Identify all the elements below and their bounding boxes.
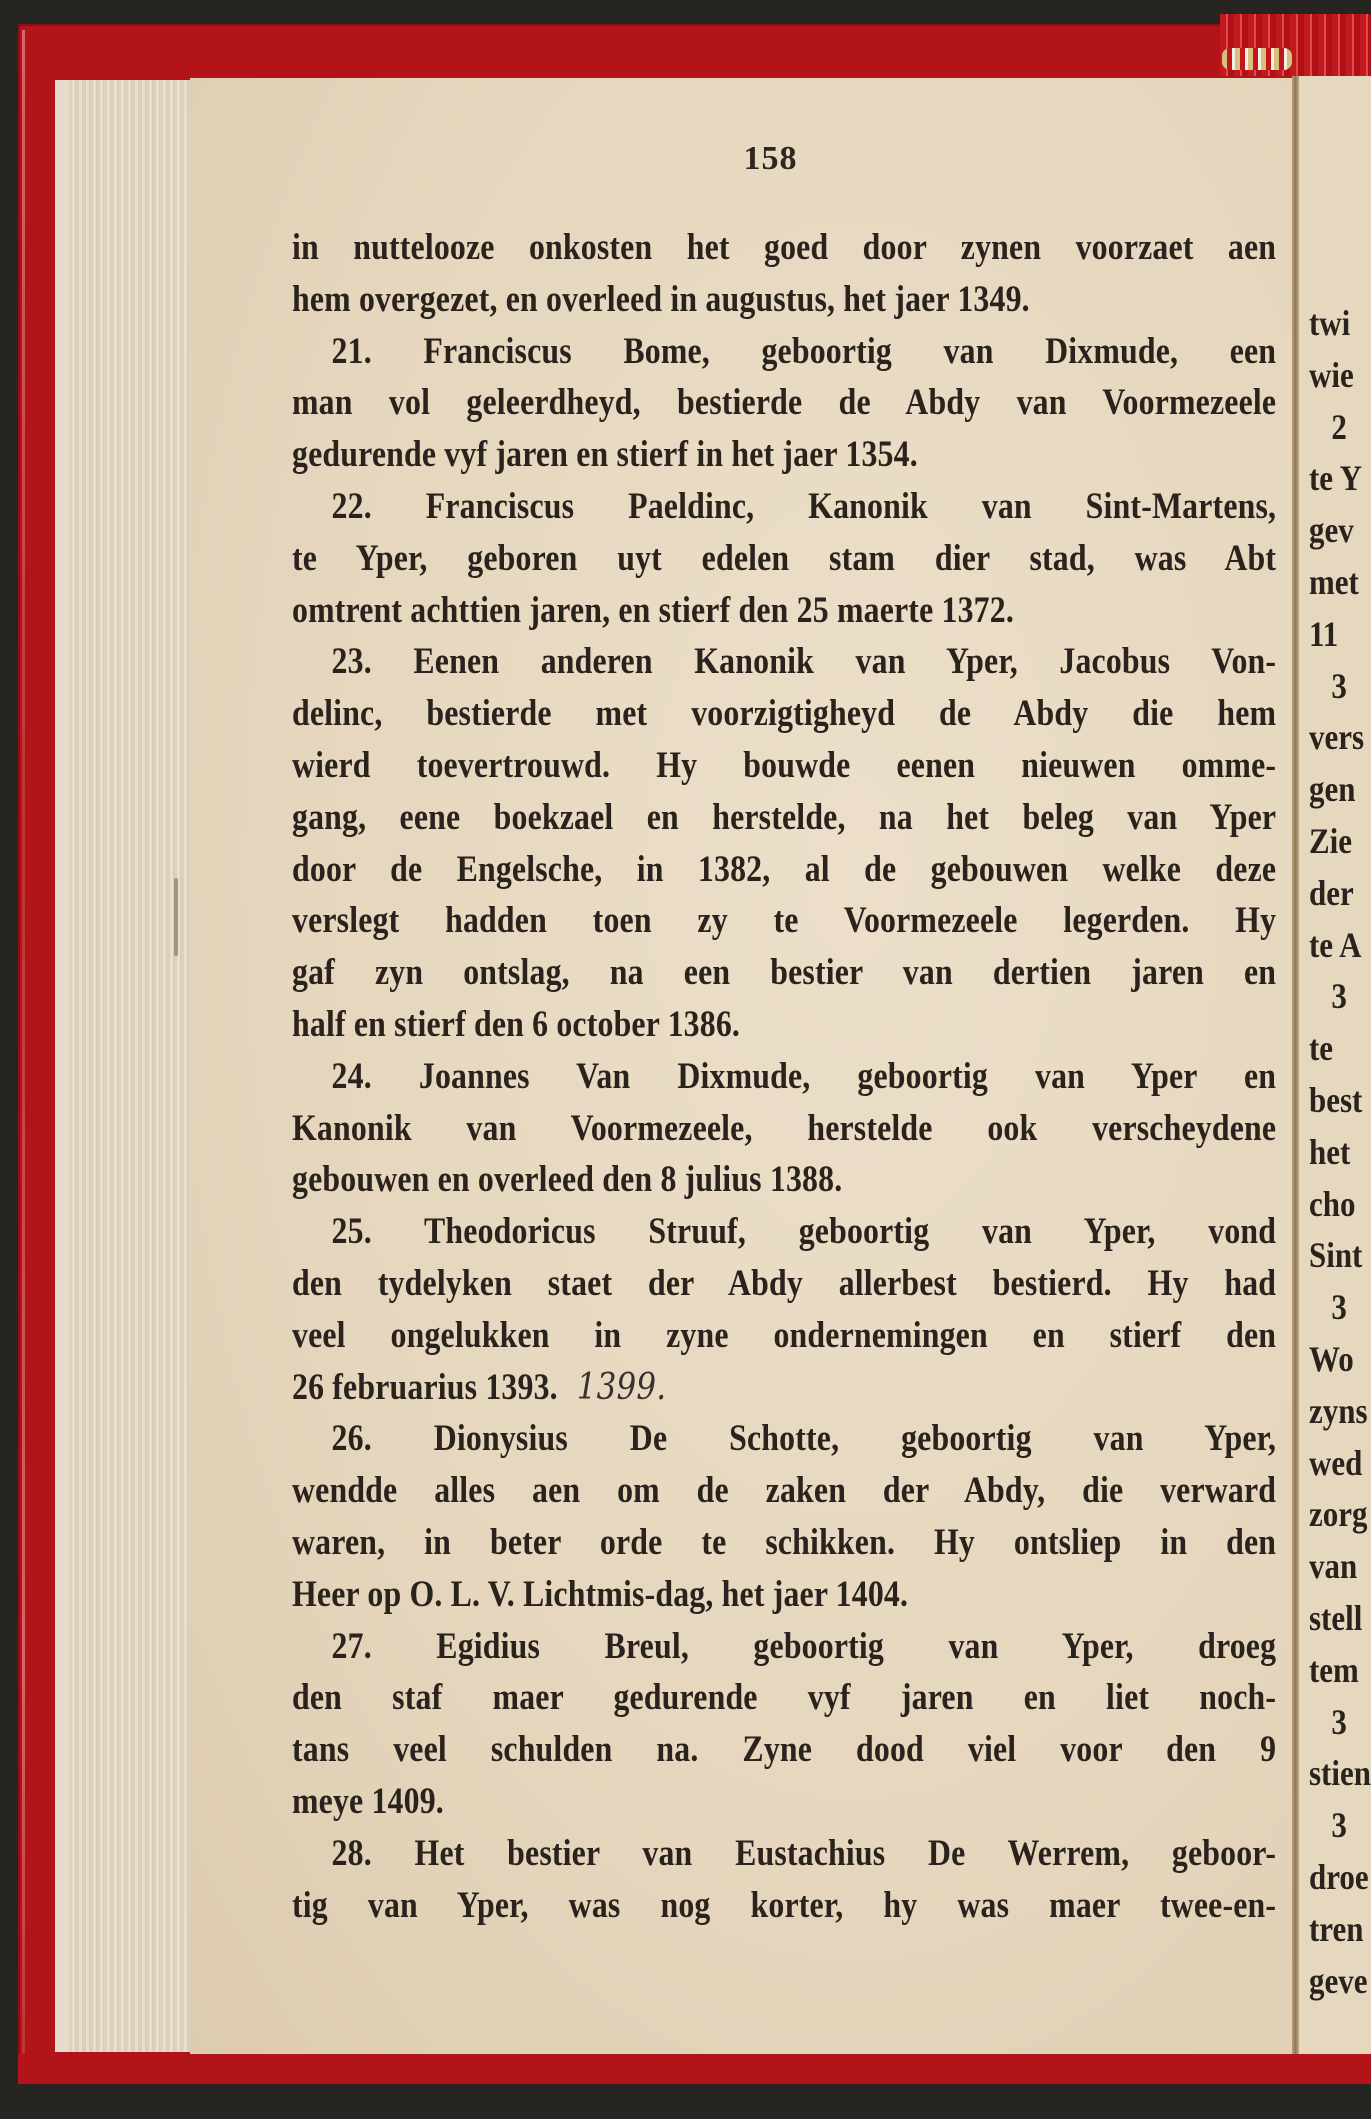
text-line: hem overgezet, en overleed in augustus, …	[292, 274, 1276, 326]
cover-edge-highlight	[22, 30, 25, 2070]
line-text: 28. Het bestier van Eustachius De Werrem…	[332, 1833, 1277, 1874]
line-text: gaf zyn ontslag, na een bestier van dert…	[292, 952, 1276, 993]
book-cover-bottom-edge	[18, 2054, 1371, 2084]
line-text: waren, in beter orde te schikken. Hy ont…	[292, 1522, 1276, 1563]
line-text: Kanonik van Voormezeele, herstelde ook v…	[292, 1108, 1276, 1149]
facing-text-fragment: 3	[1309, 1800, 1371, 1852]
facing-text-fragment: gen	[1309, 764, 1371, 816]
text-line: in nuttelooze onkosten het goed door zyn…	[292, 222, 1276, 274]
facing-text-fragment: 3	[1309, 1697, 1371, 1749]
text-line: gedurende vyf jaren en stierf in het jae…	[292, 429, 1276, 481]
text-line: veel ongelukken in zyne ondernemingen en…	[292, 1310, 1276, 1362]
line-text: tans veel schulden na. Zyne dood viel vo…	[292, 1729, 1276, 1770]
facing-text-fragment: 3	[1309, 1282, 1371, 1334]
facing-text-fragment: zorg	[1309, 1489, 1371, 1541]
text-line: meye 1409.	[292, 1776, 1276, 1828]
text-line: man vol geleerdheyd, bestierde de Abdy v…	[292, 377, 1276, 429]
paragraph-start-line: 24. Joannes Van Dixmude, geboortig van Y…	[292, 1051, 1276, 1103]
line-text: den staf maer gedurende vyf jaren en lie…	[292, 1677, 1276, 1718]
facing-text-fragment: te A	[1309, 920, 1371, 972]
text-line: wierd toevertrouwd. Hy bouwde eenen nieu…	[292, 740, 1276, 792]
facing-text-fragment: 2	[1309, 402, 1371, 454]
facing-text-fragment: gev	[1309, 505, 1371, 557]
text-line: wendde alles aen om de zaken der Abdy, d…	[292, 1465, 1276, 1517]
facing-page: twiwie2te Ygevmet113versgenZiederte A3te…	[1299, 76, 1371, 2054]
line-text: omtrent achttien jaren, en stierf den 25…	[292, 590, 1014, 631]
page-number: 158	[0, 140, 1371, 178]
facing-text-fragment: der	[1309, 868, 1371, 920]
facing-text-fragment: Zie	[1309, 816, 1371, 868]
text-line: tig van Yper, was nog korter, hy was mae…	[292, 1880, 1276, 1932]
facing-text-fragment: het	[1309, 1127, 1371, 1179]
line-text: gebouwen en overleed den 8 julius 1388.	[292, 1159, 842, 1200]
text-line: Kanonik van Voormezeele, herstelde ook v…	[292, 1103, 1276, 1155]
facing-text-fragment: best	[1309, 1075, 1371, 1127]
line-text: 25. Theodoricus Struuf, geboortig van Yp…	[332, 1211, 1277, 1252]
facing-text-fragment: vers	[1309, 712, 1371, 764]
paragraph-start-line: 26. Dionysius De Schotte, geboortig van …	[292, 1413, 1276, 1465]
text-line: gaf zyn ontslag, na een bestier van dert…	[292, 947, 1276, 999]
paragraph-start-line: 27. Egidius Breul, geboortig van Yper, d…	[292, 1621, 1276, 1673]
facing-text-fragment: zyns	[1309, 1386, 1371, 1438]
line-text: verslegt hadden toen zy te Voormezeele l…	[292, 900, 1276, 941]
facing-text-fragment: Wo	[1309, 1334, 1371, 1386]
line-text: delinc, bestierde met voorzigtigheyd de …	[292, 693, 1276, 734]
headband-stitching	[1222, 48, 1292, 70]
line-text: door de Engelsche, in 1382, al de gebouw…	[292, 849, 1276, 890]
facing-text-fragment: met	[1309, 557, 1371, 609]
line-text: tig van Yper, was nog korter, hy was mae…	[292, 1885, 1276, 1926]
facing-text-fragment: te Y	[1309, 453, 1371, 505]
facing-text-fragment: 3	[1309, 661, 1371, 713]
facing-text-fragment: wed	[1309, 1438, 1371, 1490]
text-line: tans veel schulden na. Zyne dood viel vo…	[292, 1724, 1276, 1776]
line-text: gang, eene boekzael en herstelde, na het…	[292, 797, 1276, 838]
line-text: wierd toevertrouwd. Hy bouwde eenen nieu…	[292, 745, 1276, 786]
facing-text-fragment: stien	[1309, 1748, 1371, 1800]
text-line: gebouwen en overleed den 8 julius 1388.	[292, 1154, 1276, 1206]
facing-text-fragment: 11	[1309, 609, 1371, 661]
facing-text-fragment: droe	[1309, 1852, 1371, 1904]
line-text: man vol geleerdheyd, bestierde de Abdy v…	[292, 382, 1276, 423]
line-text: half en stierf den 6 october 1386.	[292, 1004, 740, 1045]
line-text: 21. Franciscus Bome, geboortig van Dixmu…	[332, 331, 1277, 372]
paragraph-start-line: 22. Franciscus Paeldinc, Kanonik van Sin…	[292, 481, 1276, 533]
line-text: 24. Joannes Van Dixmude, geboortig van Y…	[332, 1056, 1277, 1097]
line-text: 26. Dionysius De Schotte, geboortig van …	[332, 1418, 1277, 1459]
line-text: 27. Egidius Breul, geboortig van Yper, d…	[332, 1626, 1277, 1667]
facing-page-text: twiwie2te Ygevmet113versgenZiederte A3te…	[1309, 298, 1371, 2007]
text-line: 26 februarius 1393.1399.	[292, 1362, 1276, 1414]
pencil-margin-mark	[174, 878, 178, 956]
text-line: te Yper, geboren uyt edelen stam dier st…	[292, 533, 1276, 585]
text-line: gang, eene boekzael en herstelde, na het…	[292, 792, 1276, 844]
facing-text-fragment: te	[1309, 1023, 1371, 1075]
page-body-text: in nuttelooze onkosten het goed door zyn…	[292, 222, 1276, 1931]
facing-text-fragment: tem	[1309, 1645, 1371, 1697]
book-gutter	[1292, 76, 1299, 2054]
text-line: omtrent achttien jaren, en stierf den 25…	[292, 585, 1276, 637]
facing-text-fragment: twi	[1309, 298, 1371, 350]
facing-text-fragment: tren	[1309, 1904, 1371, 1956]
line-text: wendde alles aen om de zaken der Abdy, d…	[292, 1470, 1276, 1511]
paragraph-start-line: 23. Eenen anderen Kanonik van Yper, Jaco…	[292, 636, 1276, 688]
facing-text-fragment: wie	[1309, 350, 1371, 402]
line-text: 22. Franciscus Paeldinc, Kanonik van Sin…	[332, 486, 1277, 527]
line-text: in nuttelooze onkosten het goed door zyn…	[292, 227, 1276, 268]
facing-text-fragment: stell	[1309, 1593, 1371, 1645]
text-line: verslegt hadden toen zy te Voormezeele l…	[292, 895, 1276, 947]
text-line: door de Engelsche, in 1382, al de gebouw…	[292, 844, 1276, 896]
line-text: den tydelyken staet der Abdy allerbest b…	[292, 1263, 1276, 1304]
text-line: half en stierf den 6 october 1386.	[292, 999, 1276, 1051]
paragraph-start-line: 25. Theodoricus Struuf, geboortig van Yp…	[292, 1206, 1276, 1258]
paragraph-start-line: 21. Franciscus Bome, geboortig van Dixmu…	[292, 326, 1276, 378]
line-text: 23. Eenen anderen Kanonik van Yper, Jaco…	[332, 641, 1277, 682]
facing-text-fragment: 3	[1309, 971, 1371, 1023]
page-edges-stack	[55, 80, 204, 2052]
facing-text-fragment: Sint	[1309, 1230, 1371, 1282]
text-line: den staf maer gedurende vyf jaren en lie…	[292, 1672, 1276, 1724]
facing-text-fragment: geve	[1309, 1956, 1371, 2008]
line-text: 26 februarius 1393.	[292, 1367, 558, 1408]
line-text: veel ongelukken in zyne ondernemingen en…	[292, 1315, 1276, 1356]
text-line: den tydelyken staet der Abdy allerbest b…	[292, 1258, 1276, 1310]
facing-text-fragment: cho	[1309, 1179, 1371, 1231]
paragraph-start-line: 28. Het bestier van Eustachius De Werrem…	[292, 1828, 1276, 1880]
handwritten-annotation: 1399.	[577, 1367, 666, 1408]
facing-text-fragment: van	[1309, 1541, 1371, 1593]
line-text: te Yper, geboren uyt edelen stam dier st…	[292, 538, 1276, 579]
line-text: gedurende vyf jaren en stierf in het jae…	[292, 434, 918, 475]
line-text: Heer op O. L. V. Lichtmis-dag, het jaer …	[292, 1574, 908, 1615]
text-line: waren, in beter orde te schikken. Hy ont…	[292, 1517, 1276, 1569]
text-line: Heer op O. L. V. Lichtmis-dag, het jaer …	[292, 1569, 1276, 1621]
line-text: hem overgezet, en overleed in augustus, …	[292, 279, 1030, 320]
text-line: delinc, bestierde met voorzigtigheyd de …	[292, 688, 1276, 740]
line-text: meye 1409.	[292, 1781, 444, 1822]
